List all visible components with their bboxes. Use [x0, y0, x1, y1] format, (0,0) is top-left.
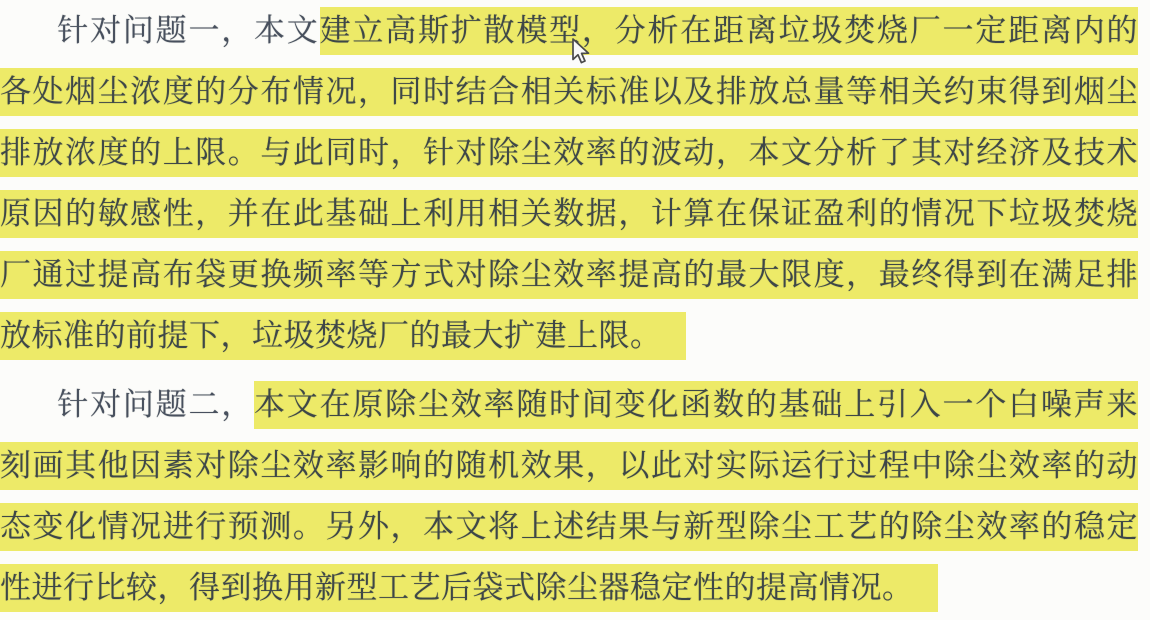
- paragraph-indent: [0, 40, 56, 41]
- text-line: 针对问题一，本文建立高斯扩散模型，分析在距离垃圾焚烧厂一定距离内的: [0, 0, 1138, 61]
- highlighted-text: 建立高斯扩散模型，分析在距离垃圾焚烧厂一定距离内的: [320, 7, 1138, 55]
- text-line: 态变化情况进行预测。另外，本文将上述结果与新型除尘工艺的除尘效率的稳定: [0, 496, 1138, 557]
- text-line: 刻画其他因素对除尘效率影响的随机效果，以此对实际运行过程中除尘效率的动: [0, 435, 1138, 496]
- highlighted-text: 本文在原除尘效率随时间变化函数的基础上引入一个白噪声来: [254, 381, 1138, 429]
- plain-text: 针对问题一，本文: [56, 7, 320, 55]
- highlighted-text: 性进行比较，得到换用新型工艺后袋式除尘器稳定性的提高情况。: [0, 564, 938, 612]
- text-line: 性进行比较，得到换用新型工艺后袋式除尘器稳定性的提高情况。: [0, 557, 1138, 618]
- document-page: 针对问题一，本文建立高斯扩散模型，分析在距离垃圾焚烧厂一定距离内的各处烟尘浓度的…: [0, 0, 1150, 620]
- document-text-block: 针对问题一，本文建立高斯扩散模型，分析在距离垃圾焚烧厂一定距离内的各处烟尘浓度的…: [0, 0, 1144, 618]
- text-line: 厂通过提高布袋更换频率等方式对除尘效率提高的最大限度，最终得到在满足排: [0, 244, 1138, 305]
- text-line: 放标准的前提下，垃圾焚烧厂的最大扩建上限。: [0, 305, 1138, 366]
- highlighted-text: 排放浓度的上限。与此同时，针对除尘效率的波动，本文分析了其对经济及技术: [0, 129, 1138, 177]
- text-line: 原因的敏感性，并在此基础上利用相关数据，计算在保证盈利的情况下垃圾焚烧: [0, 183, 1138, 244]
- highlighted-text: 刻画其他因素对除尘效率影响的随机效果，以此对实际运行过程中除尘效率的动: [0, 442, 1138, 490]
- highlighted-text: 各处烟尘浓度的分布情况，同时结合相关标准以及排放总量等相关约束得到烟尘: [0, 68, 1138, 116]
- highlighted-text: 态变化情况进行预测。另外，本文将上述结果与新型除尘工艺的除尘效率的稳定: [0, 503, 1138, 551]
- highlighted-text: 放标准的前提下，垃圾焚烧厂的最大扩建上限。: [0, 312, 686, 360]
- text-line: 针对问题二，本文在原除尘效率随时间变化函数的基础上引入一个白噪声来: [0, 374, 1138, 435]
- text-line: 排放浓度的上限。与此同时，针对除尘效率的波动，本文分析了其对经济及技术: [0, 122, 1138, 183]
- text-line: 各处烟尘浓度的分布情况，同时结合相关标准以及排放总量等相关约束得到烟尘: [0, 61, 1138, 122]
- highlighted-text: 原因的敏感性，并在此基础上利用相关数据，计算在保证盈利的情况下垃圾焚烧: [0, 190, 1138, 238]
- plain-text: 针对问题二，: [56, 381, 254, 429]
- highlighted-text: 厂通过提高布袋更换频率等方式对除尘效率提高的最大限度，最终得到在满足排: [0, 251, 1138, 299]
- paragraph-indent: [0, 414, 56, 415]
